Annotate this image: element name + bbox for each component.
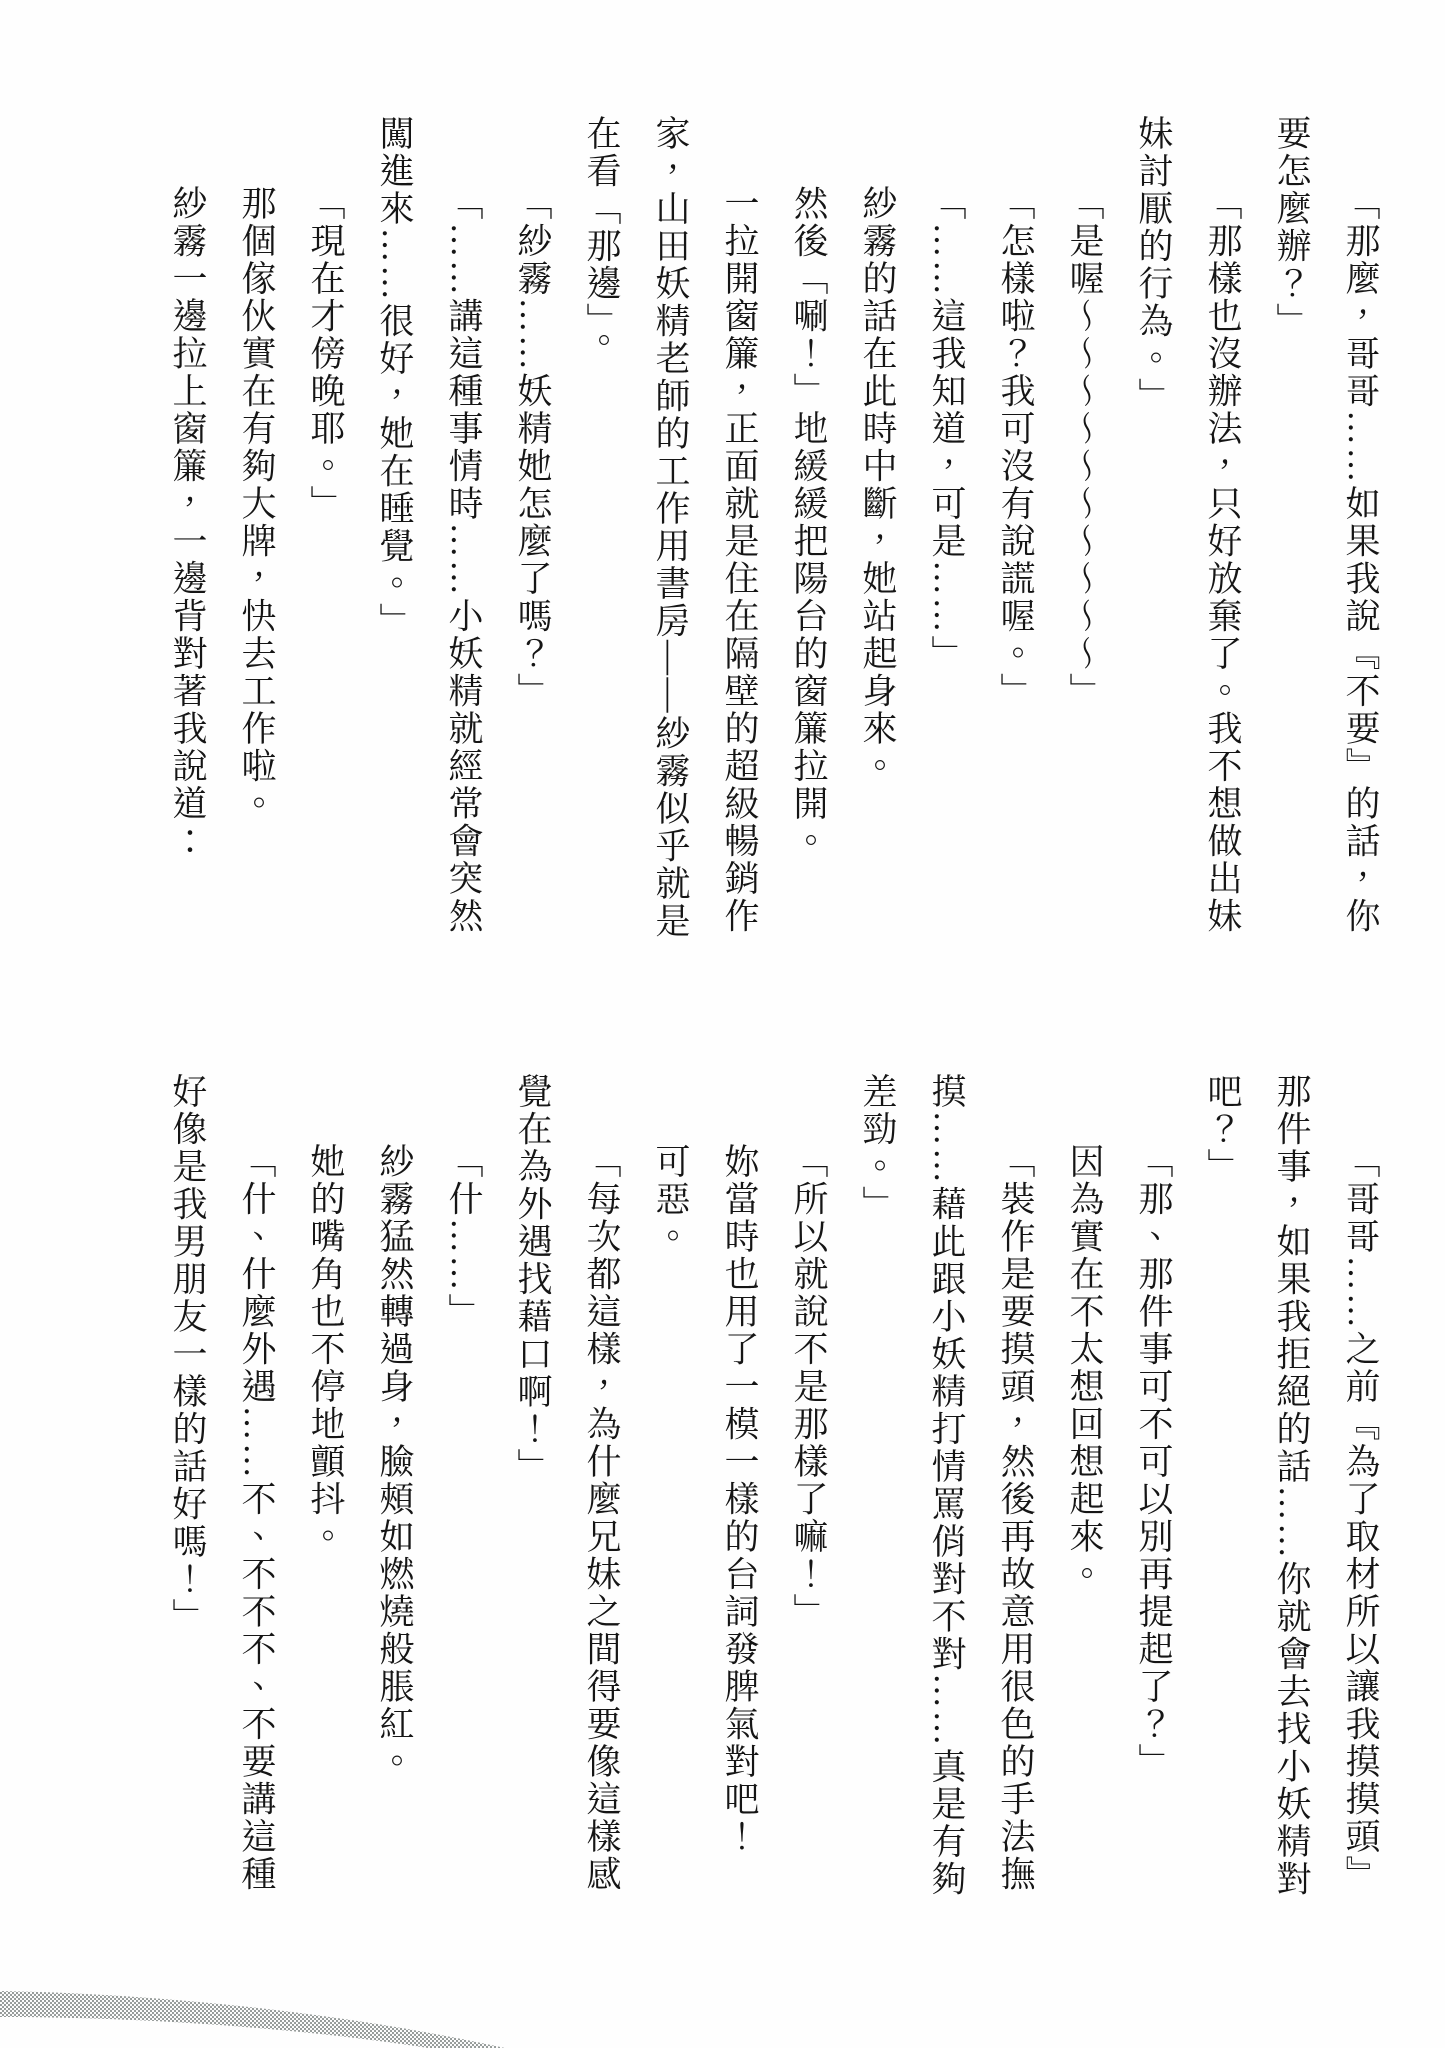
paragraph: 妳當時也用了一模一樣的台詞發脾氣對吧！	[705, 1073, 774, 1923]
paragraph: 「怎樣啦？我可沒有說謊喔。」	[981, 115, 1050, 947]
paragraph: 「那麼，哥哥……如果我說『不要』的話，你要怎麼辦？」	[1257, 115, 1395, 947]
paragraph: 紗霧一邊拉上窗簾，一邊背對著我說道：	[153, 115, 222, 947]
paragraph: 「什、什麼外遇……不、不不不、不要講這種好像是我男朋友一樣的話好嗎！」	[153, 1073, 291, 1923]
paragraph: 「那、那件事可不可以別再提起了？」	[1119, 1073, 1188, 1923]
paragraph: 一拉開窗簾，正面就是住在隔壁的超級暢銷作家，山田妖精老師的工作用書房——紗霧似乎…	[567, 115, 774, 947]
ribbon-band-shape	[0, 1991, 505, 2048]
paragraph: 「所以就說不是那樣了嘛！」	[774, 1073, 843, 1923]
paragraph: 「……這我知道，可是……」	[912, 115, 981, 947]
paragraph: 因為實在不太想回想起來。	[1050, 1073, 1119, 1923]
paragraph: 「紗霧……妖精她怎麼了嗎？」	[498, 115, 567, 947]
text-block-top: 「那麼，哥哥……如果我說『不要』的話，你要怎麼辦？」 「那樣也沒辦法，只好放棄了…	[145, 115, 1395, 947]
paragraph: 她的嘴角也不停地顫抖。	[291, 1073, 360, 1923]
paragraph: 「哥哥……之前『為了取材所以讓我摸摸頭』那件事，如果我拒絕的話……你就會去找小妖…	[1188, 1073, 1395, 1923]
paragraph: 「每次都這樣，為什麼兄妹之間得要像這樣感覺在為外遇找藉口啊！」	[498, 1073, 636, 1923]
paragraph: 紗霧的話在此時中斷，她站起身來。	[843, 115, 912, 947]
paragraph: 「現在才傍晚耶。」	[291, 115, 360, 947]
paragraph: 「……講這種事情時……小妖精就經常會突然闖進來……很好，她在睡覺。」	[360, 115, 498, 947]
paragraph: 紗霧猛然轉過身，臉頰如燃燒般脹紅。	[360, 1073, 429, 1923]
paragraph: 可惡。	[636, 1073, 705, 1923]
paragraph: 「什……」	[429, 1073, 498, 1923]
paragraph: 「是喔～～～～～～～～～～」	[1050, 115, 1119, 947]
paragraph: 「那樣也沒辦法，只好放棄了。我不想做出妹妹討厭的行為。」	[1119, 115, 1257, 947]
paragraph: 然後「唰！」地緩緩把陽台的窗簾拉開。	[774, 115, 843, 947]
paragraph: 「裝作是要摸頭，然後再故意用很色的手法撫摸……藉此跟小妖精打情罵俏對不對……真是…	[843, 1073, 1050, 1923]
text-block-bottom: 「哥哥……之前『為了取材所以讓我摸摸頭』那件事，如果我拒絕的話……你就會去找小妖…	[145, 1073, 1395, 1923]
decorative-ribbon	[0, 1976, 560, 2048]
novel-page-scan: 「那麼，哥哥……如果我說『不要』的話，你要怎麼辦？」 「那樣也沒辦法，只好放棄了…	[0, 0, 1445, 2048]
paragraph: 那個傢伙實在有夠大牌，快去工作啦。	[222, 115, 291, 947]
